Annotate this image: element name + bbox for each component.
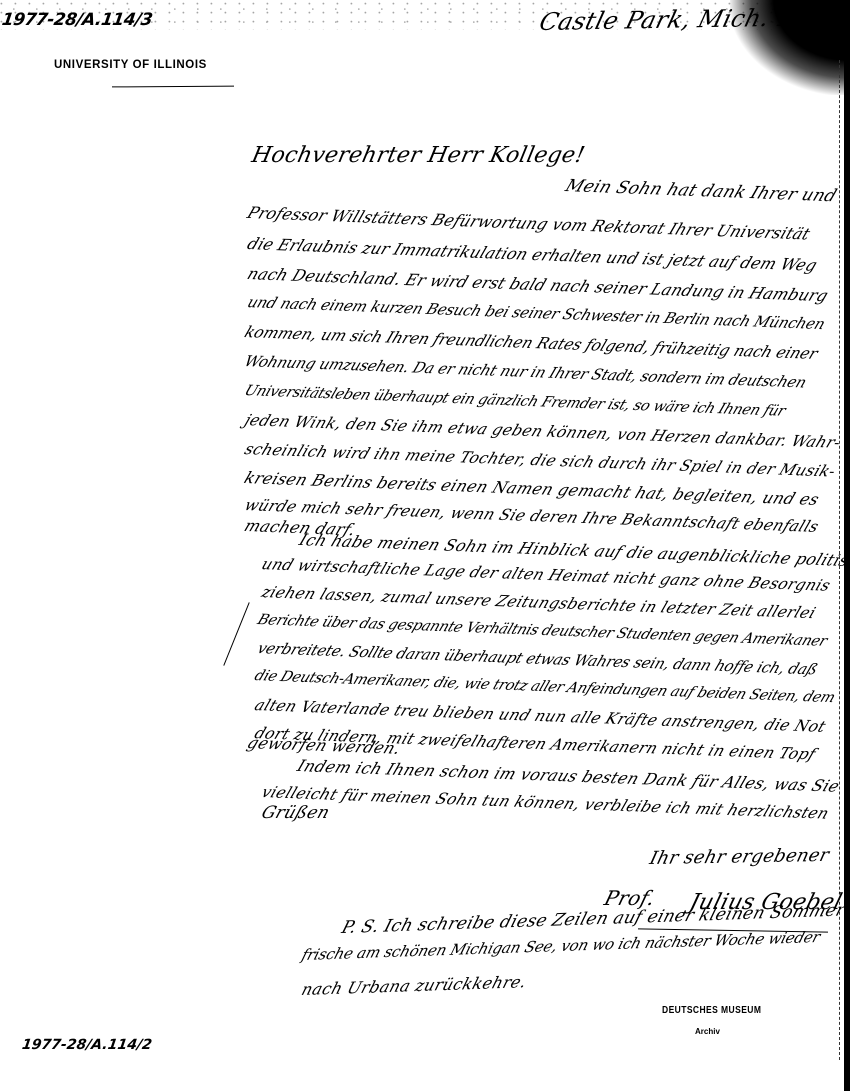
archive-stamp: DEUTSCHES MUSEUM <box>662 1005 761 1016</box>
scan-edge <box>844 0 850 1091</box>
body-line: Wohnung umzusehen. Da er nicht nur in Ih… <box>242 354 808 390</box>
body-line: Grüßen <box>259 805 331 822</box>
archive-reference-bottom: 1977-28/A.114/2 <box>21 1037 153 1053</box>
letterhead-rule <box>112 86 234 88</box>
body-line: Mein Sohn hat dank Ihrer und <box>563 178 839 205</box>
signature-title: Prof. <box>602 888 657 908</box>
letterhead: UNIVERSITY OF ILLINOIS <box>54 59 207 71</box>
archive-stamp-sub: Archiv <box>695 1027 720 1036</box>
place-date: Castle Park, Mich. 1. Septem <box>537 4 850 34</box>
salutation: Hochverehrter Herr Kollege! <box>250 145 587 167</box>
body-line: geworfen werden. <box>245 735 403 757</box>
closing: Ihr sehr ergebener <box>648 847 831 868</box>
margin-mark <box>223 602 249 665</box>
postscript-line: nach Urbana zurückkehre. <box>300 974 529 998</box>
archive-reference-top: 1977-28/A.114/3 <box>1 10 154 30</box>
